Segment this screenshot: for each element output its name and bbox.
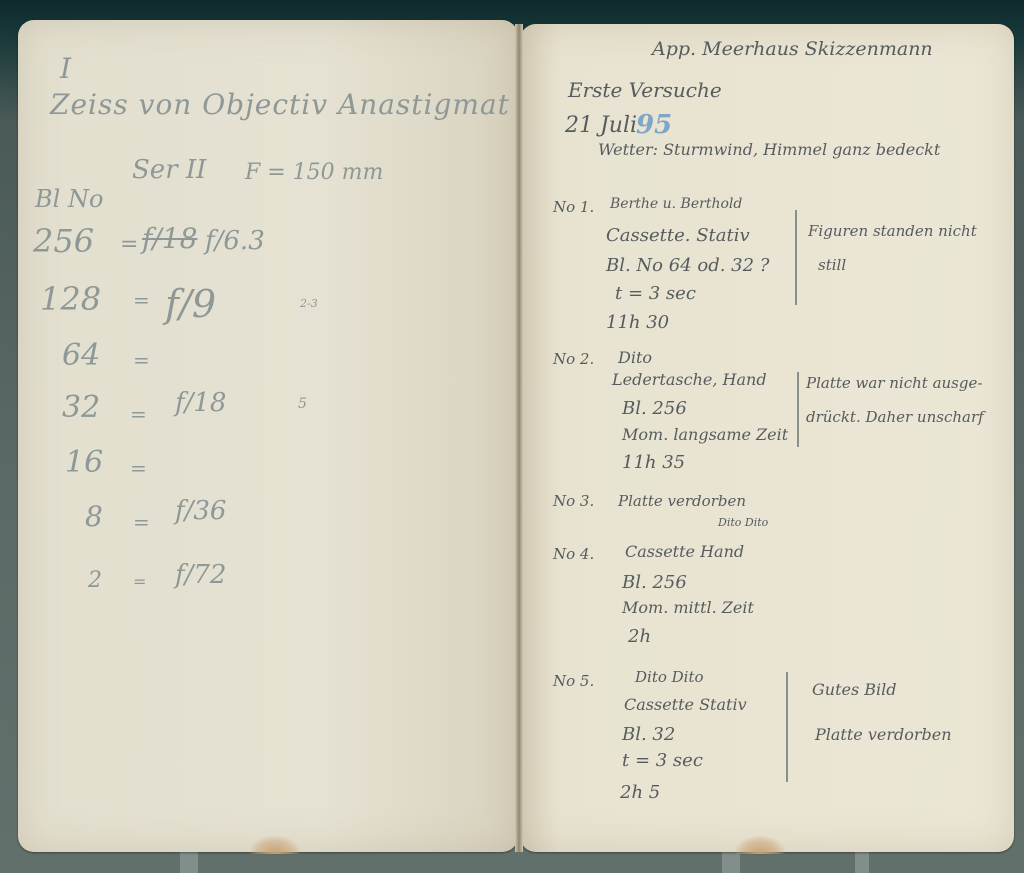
stop-number: 128 bbox=[40, 280, 101, 318]
entry-line: t = 3 sec bbox=[622, 750, 703, 771]
book-gutter bbox=[515, 24, 523, 852]
bracket-line bbox=[795, 210, 797, 305]
stop-number: 2 bbox=[88, 568, 102, 593]
entry-line: Bl. 32 bbox=[622, 724, 675, 745]
aperture-value: f/36 bbox=[175, 496, 226, 526]
equals-sign: = bbox=[133, 572, 146, 591]
date-year: 95 bbox=[636, 110, 672, 140]
entry-annotation: Dito Dito bbox=[718, 516, 768, 529]
entry-line: Cassette Hand bbox=[625, 542, 744, 561]
struck-aperture: f/18 bbox=[142, 222, 197, 255]
entry-line: Dito Dito bbox=[635, 668, 704, 686]
date-day: 21 Juli bbox=[565, 113, 637, 138]
left-title-line1: Zeiss von Objectiv Anastigmat bbox=[50, 88, 510, 121]
entry-line: 2h bbox=[628, 626, 651, 647]
left-page bbox=[18, 20, 518, 852]
page-header: App. Meerhaus Skizzenmann bbox=[652, 38, 933, 60]
page-subtitle: Erste Versuche bbox=[568, 78, 722, 102]
title-mark: I bbox=[60, 52, 71, 85]
equals-sign: = bbox=[133, 288, 150, 312]
aperture-value: f/72 bbox=[175, 560, 226, 590]
entry-number: No 3. bbox=[553, 492, 594, 510]
entry-remark: still bbox=[818, 256, 846, 274]
entry-line: Bl. 256 bbox=[622, 398, 687, 419]
entry-line: t = 3 sec bbox=[615, 283, 696, 304]
entry-line: Berthe u. Berthold bbox=[610, 196, 742, 212]
bracket-line bbox=[797, 372, 799, 447]
stop-number: 32 bbox=[62, 390, 100, 425]
aperture-value: f/18 bbox=[175, 388, 226, 418]
entry-line: Dito bbox=[618, 348, 652, 367]
stop-number: 8 bbox=[85, 500, 103, 533]
margin-note: 2-3 bbox=[300, 297, 318, 310]
stop-number: 16 bbox=[65, 445, 103, 480]
equals-sign: = bbox=[130, 402, 147, 426]
entry-remark: Figuren standen nicht bbox=[808, 222, 977, 240]
entry-remark: Platte verdorben bbox=[815, 725, 952, 744]
entry-line: Mom. mittl. Zeit bbox=[622, 598, 754, 617]
equals-sign: = bbox=[133, 510, 150, 534]
stop-number: 64 bbox=[62, 338, 100, 373]
series-label: Ser II bbox=[132, 155, 206, 185]
entry-line: Bl. 256 bbox=[622, 572, 687, 593]
aperture-value: f/9 bbox=[165, 282, 216, 326]
focal-length: F = 150 mm bbox=[245, 160, 383, 185]
entry-line: Cassette. Stativ bbox=[606, 225, 750, 246]
entry-line: Ledertasche, Hand bbox=[612, 370, 767, 389]
aperture-value: f/6.3 bbox=[205, 226, 265, 256]
entry-line: 11h 30 bbox=[606, 312, 669, 333]
entry-line: Bl. No 64 od. 32 ? bbox=[606, 255, 769, 276]
entry-remark: Platte war nicht ausge- bbox=[806, 374, 982, 392]
entry-number: No 4. bbox=[553, 545, 594, 563]
stop-number: 256 bbox=[33, 222, 94, 260]
entry-number: No 2. bbox=[553, 350, 594, 368]
entry-line: 11h 35 bbox=[622, 452, 685, 473]
entry-remark: drückt. Daher unscharf bbox=[806, 408, 984, 426]
equals-sign: = bbox=[133, 348, 150, 372]
equals-sign: = bbox=[130, 456, 147, 480]
equals-sign: = bbox=[120, 232, 138, 257]
bracket-line bbox=[786, 672, 788, 782]
entry-remark: Gutes Bild bbox=[812, 680, 897, 699]
entry-line: Mom. langsame Zeit bbox=[622, 425, 788, 444]
stain-mark bbox=[250, 836, 300, 854]
stain-mark bbox=[735, 836, 785, 854]
entry-line: 2h 5 bbox=[620, 782, 660, 803]
entry-line: Platte verdorben bbox=[618, 492, 746, 510]
entry-line: Cassette Stativ bbox=[624, 695, 747, 714]
entry-number: No 1. bbox=[553, 198, 594, 216]
entry-number: No 5. bbox=[553, 672, 594, 690]
column-header-stop-no: Bl No bbox=[35, 185, 103, 213]
weather-note: Wetter: Sturmwind, Himmel ganz bedeckt bbox=[598, 140, 940, 159]
margin-note: 5 bbox=[298, 396, 307, 412]
